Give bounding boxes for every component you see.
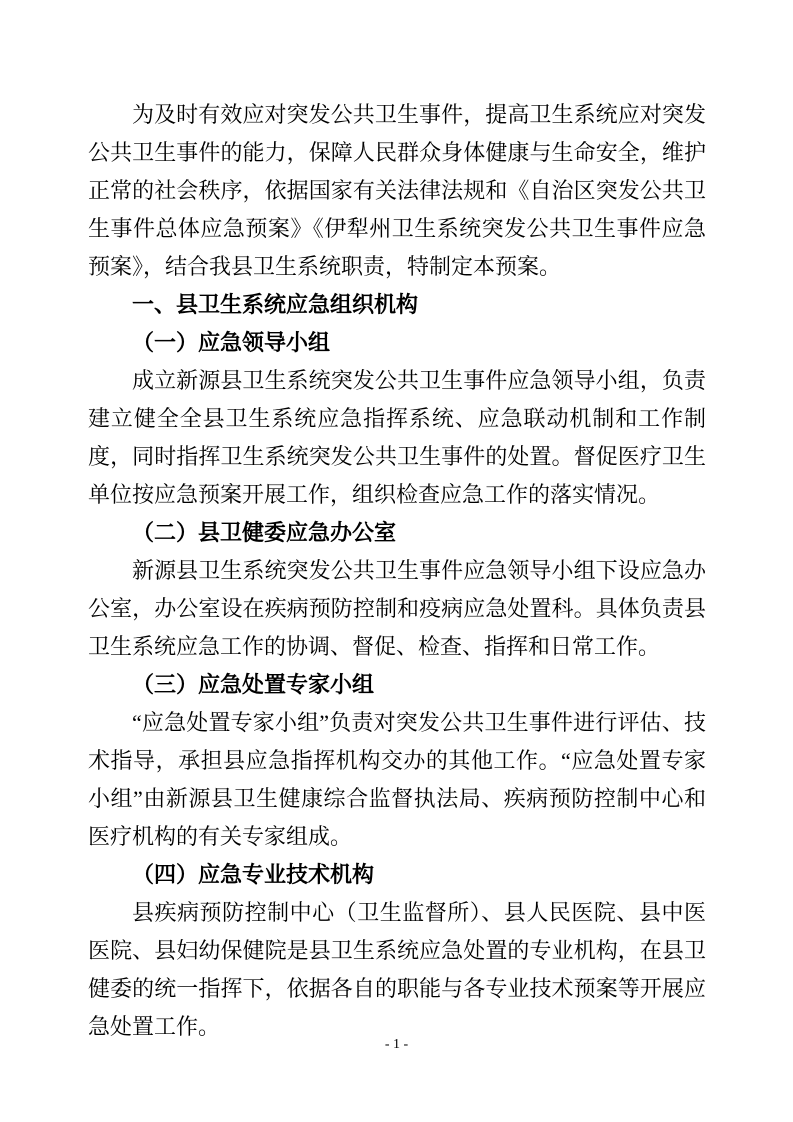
paragraph-expert-group: “应急处置专家小组”负责对突发公共卫生事件进行评估、技术指导，承担县应急指挥机构… bbox=[88, 704, 706, 856]
paragraph-emergency-office: 新源县卫生系统突发公共卫生事件应急领导小组下设应急办公室，办公室设在疾病预防控制… bbox=[88, 552, 706, 666]
subsection-heading-3: （三）应急处置专家小组 bbox=[88, 666, 706, 704]
document-page: 为及时有效应对突发公共卫生事件，提高卫生系统应对突发公共卫生事件的能力，保障人民… bbox=[0, 0, 793, 1122]
subsection-heading-1: （一）应急领导小组 bbox=[88, 324, 706, 362]
paragraph-leadership-group: 成立新源县卫生系统突发公共卫生事件应急领导小组，负责建立健全全县卫生系统应急指挥… bbox=[88, 362, 706, 514]
subsection-heading-2: （二）县卫健委应急办公室 bbox=[88, 514, 706, 552]
subsection-heading-4: （四）应急专业技术机构 bbox=[88, 856, 706, 894]
intro-paragraph: 为及时有效应对突发公共卫生事件，提高卫生系统应对突发公共卫生事件的能力，保障人民… bbox=[88, 96, 706, 286]
document-content: 为及时有效应对突发公共卫生事件，提高卫生系统应对突发公共卫生事件的能力，保障人民… bbox=[88, 96, 706, 1046]
page-number: - 1 - bbox=[0, 1036, 793, 1054]
paragraph-technical-institutions: 县疾病预防控制中心（卫生监督所）、县人民医院、县中医医院、县妇幼保健院是县卫生系… bbox=[88, 894, 706, 1046]
section-heading-1: 一、县卫生系统应急组织机构 bbox=[88, 286, 706, 324]
